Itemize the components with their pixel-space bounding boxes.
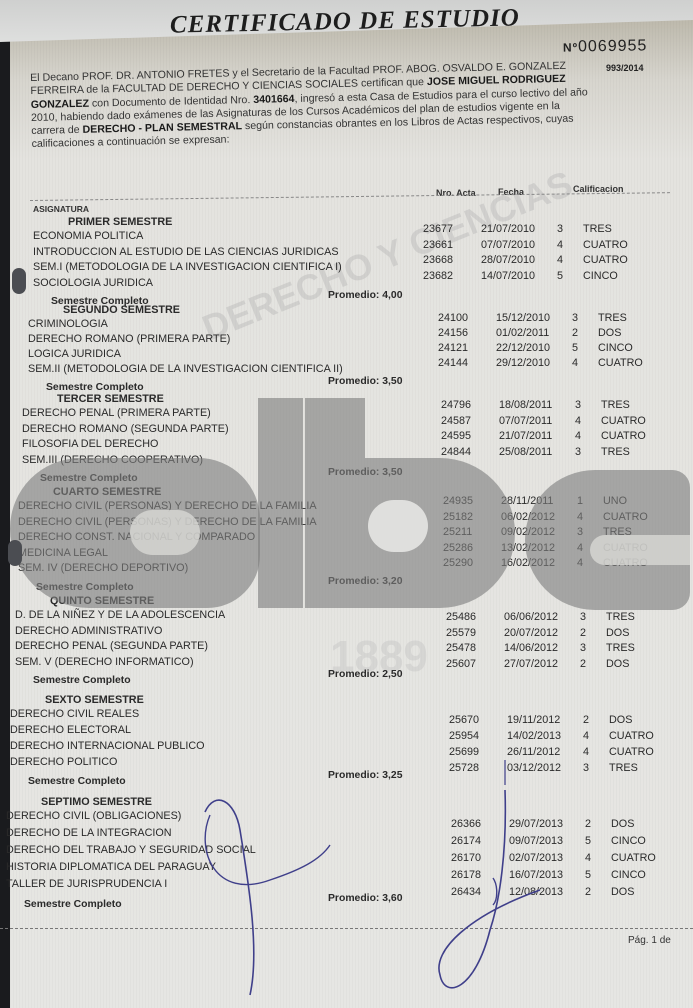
semester-complete-label: Semestre Completo xyxy=(28,776,126,787)
table-row: FILOSOFIA DEL DERECHO2459521/07/20114CUA… xyxy=(0,438,693,452)
exam-date: 18/08/2011 xyxy=(499,399,552,411)
subject-name: SEM.II (METODOLOGIA DE LA INVESTIGACION … xyxy=(28,363,343,375)
exam-date: 07/07/2011 xyxy=(499,415,552,427)
grade-text: TRES xyxy=(598,312,627,324)
grade-number: 5 xyxy=(572,342,578,354)
subject-name: DERECHO ADMINISTRATIVO xyxy=(15,625,162,637)
semester-complete-label: Semestre Completo xyxy=(24,899,122,910)
table-row: DERECHO ROMANO (SEGUNDA PARTE)2458707/07… xyxy=(0,423,693,437)
acta-number: 24144 xyxy=(438,357,468,369)
acta-number: 25290 xyxy=(443,557,473,569)
punch-hole xyxy=(8,540,22,566)
acta-number: 24121 xyxy=(438,342,468,354)
table-row: DERECHO ROMANO (PRIMERA PARTE)2415601/02… xyxy=(0,333,693,347)
table-row: SEM. IV (DERECHO DEPORTIVO)2529016/02/20… xyxy=(0,562,693,576)
exam-date: 25/08/2011 xyxy=(499,446,552,458)
semester-average: Promedio: 3,50 xyxy=(328,467,403,478)
semester-average: Promedio: 3,50 xyxy=(328,376,403,387)
subject-name: TALLER DE JURISPRUDENCIA I xyxy=(6,878,167,890)
grade-text: TRES xyxy=(609,762,638,774)
acta-number: 24844 xyxy=(441,446,471,458)
acta-number: 25286 xyxy=(443,542,473,554)
grade-text: CINCO xyxy=(598,342,633,354)
exam-date: 13/02/2012 xyxy=(501,542,555,554)
semester-title: TERCER SEMESTRE xyxy=(57,393,164,405)
acta-number: 24156 xyxy=(438,327,468,339)
certificate-number: Nº0069955 xyxy=(563,37,648,56)
table-row: LOGICA JURIDICA2412122/12/20105CINCO xyxy=(0,348,693,362)
semester-complete-label: Semestre Completo xyxy=(33,675,131,686)
exam-date: 21/07/2010 xyxy=(481,223,535,235)
grade-text: TRES xyxy=(601,446,630,458)
semester-title: SEPTIMO SEMESTRE xyxy=(41,796,152,808)
grade-number: 3 xyxy=(572,312,578,324)
subject-name: DERECHO DEL TRABAJO Y SEGURIDAD SOCIAL xyxy=(6,844,256,856)
semester-complete-label: Semestre Completo xyxy=(46,382,144,393)
exam-date: 07/07/2010 xyxy=(481,239,535,251)
semester-average: Promedio: 2,50 xyxy=(328,669,403,680)
table-row: TALLER DE JURISPRUDENCIA I2643412/08/201… xyxy=(0,878,693,892)
grade-number: 2 xyxy=(580,658,586,670)
subject-name: CRIMINOLOGIA xyxy=(28,318,108,330)
table-row: SOCIOLOGIA JURIDICA2368214/07/20105CINCO xyxy=(0,277,693,291)
subject-name: MEDICINA LEGAL xyxy=(18,547,108,559)
acta-number: 24587 xyxy=(441,415,471,427)
acta-number: 25486 xyxy=(446,611,476,623)
header-subject: ASIGNATURA xyxy=(33,204,89,214)
grade-text: DOS xyxy=(606,658,629,670)
exam-date: 14/06/2012 xyxy=(504,642,558,654)
grade-number: 3 xyxy=(580,642,586,654)
acta-number: 24935 xyxy=(443,495,473,507)
subject-name: DERECHO CIVIL REALES xyxy=(10,708,139,720)
semester-title: PRIMER SEMESTRE xyxy=(68,216,172,228)
exam-date: 28/07/2010 xyxy=(481,254,535,266)
grade-number: 2 xyxy=(572,327,578,339)
subject-name: DERECHO POLITICO xyxy=(10,756,117,768)
exam-date: 06/06/2012 xyxy=(504,611,558,623)
subject-name: FILOSOFIA DEL DERECHO xyxy=(22,438,158,450)
table-row: SEM.II (METODOLOGIA DE LA INVESTIGACION … xyxy=(0,363,693,377)
subject-name: HISTORIA DIPLOMATICA DEL PARAGUAY xyxy=(6,861,216,873)
subject-name: DERECHO ROMANO (SEGUNDA PARTE) xyxy=(22,423,229,435)
acta-number: 23661 xyxy=(423,239,453,251)
grade-text: TRES xyxy=(583,223,612,235)
subject-name: SEM. V (DERECHO INFORMATICO) xyxy=(15,656,194,668)
grade-number: 1 xyxy=(577,495,583,507)
watermark-b-counter xyxy=(368,500,428,552)
subject-name: SEM. IV (DERECHO DEPORTIVO) xyxy=(18,562,188,574)
header-date: Fecha xyxy=(498,187,524,197)
grade-number: 4 xyxy=(557,239,563,251)
grade-text: TRES xyxy=(606,611,635,623)
exam-date: 21/07/2011 xyxy=(499,430,552,442)
semester-title: SEGUNDO SEMESTRE xyxy=(63,304,180,316)
exam-date: 03/12/2012 xyxy=(507,762,561,774)
table-row: DERECHO DE LA INTEGRACION2617409/07/2013… xyxy=(0,827,693,841)
certificate-number-label: Nº xyxy=(563,40,578,54)
table-row: DERECHO POLITICO2572803/12/20123TRES xyxy=(0,756,693,770)
grade-text: CUATRO xyxy=(601,430,646,442)
table-row: CRIMINOLOGIA2410015/12/20103TRES xyxy=(0,318,693,332)
grade-text: CUATRO xyxy=(601,415,646,427)
exam-date: 12/08/2013 xyxy=(509,886,563,898)
table-row: DERECHO DEL TRABAJO Y SEGURIDAD SOCIAL26… xyxy=(0,844,693,858)
grade-number: 4 xyxy=(557,254,563,266)
acta-number: 25211 xyxy=(443,526,472,538)
grade-number: 4 xyxy=(577,511,583,523)
header-acta: Nro. Acta xyxy=(436,188,476,198)
table-row: DERECHO CIVIL (PERSONAS) Y DERECHO DE LA… xyxy=(0,500,693,514)
acta-number: 26434 xyxy=(451,886,481,898)
table-row: DERECHO CIVIL (OBLIGACIONES)2636629/07/2… xyxy=(0,810,693,824)
exam-date: 15/12/2010 xyxy=(496,312,550,324)
table-row: SEM. V (DERECHO INFORMATICO)2560727/07/2… xyxy=(0,656,693,670)
subject-name: SOCIOLOGIA JURIDICA xyxy=(33,277,153,289)
semester-complete-label: Semestre Completo xyxy=(36,582,134,593)
grade-number: 3 xyxy=(575,446,581,458)
grade-text: CUATRO xyxy=(603,511,648,523)
watermark-c-gap xyxy=(590,535,690,565)
exam-date: 27/07/2012 xyxy=(504,658,558,670)
table-row: DERECHO ELECTORAL2595414/02/20134CUATRO xyxy=(0,724,693,738)
subject-name: DERECHO DE LA INTEGRACION xyxy=(6,827,172,839)
subject-name: DERECHO PENAL (PRIMERA PARTE) xyxy=(22,407,211,419)
semester-complete-label: Semestre Completo xyxy=(40,473,138,484)
exam-date: 14/07/2010 xyxy=(481,270,535,282)
grade-text: DOS xyxy=(606,627,629,639)
grade-number: 3 xyxy=(575,399,581,411)
exam-date: 06/02/2012 xyxy=(501,511,555,523)
grade-number: 2 xyxy=(585,886,591,898)
exam-date: 28/11/2011 xyxy=(501,495,553,507)
subject-name: SEM.I (METODOLOGIA DE LA INVESTIGACION C… xyxy=(33,261,342,273)
punch-hole xyxy=(12,268,26,294)
grade-text: TRES xyxy=(606,642,635,654)
grade-number: 3 xyxy=(557,223,563,235)
intro-paragraph: El Decano PROF. DR. ANTONIO FRETES y el … xyxy=(30,58,662,152)
grade-number: 4 xyxy=(577,542,583,554)
exam-date: 01/02/2011 xyxy=(496,327,549,339)
table-row: DERECHO CIVIL (PERSONAS) Y DERECHO DE LA… xyxy=(0,516,693,530)
table-row: DERECHO CONST. NACIONAL Y COMPARADO25211… xyxy=(0,531,693,545)
acta-number: 25478 xyxy=(446,642,476,654)
subject-name: DERECHO ELECTORAL xyxy=(10,724,131,736)
grade-number: 4 xyxy=(575,415,581,427)
acta-number: 25579 xyxy=(446,627,476,639)
subject-name: D. DE LA NIÑEZ Y DE LA ADOLESCENCIA xyxy=(15,609,225,621)
subject-name: DERECHO ROMANO (PRIMERA PARTE) xyxy=(28,333,230,345)
acta-number: 25182 xyxy=(443,511,473,523)
table-row: HISTORIA DIPLOMATICA DEL PARAGUAY2617816… xyxy=(0,861,693,875)
semester-title: CUARTO SEMESTRE xyxy=(53,486,161,498)
grade-number: 4 xyxy=(575,430,581,442)
acta-number: 24100 xyxy=(438,312,468,324)
acta-number: 25607 xyxy=(446,658,476,670)
acta-number: 23682 xyxy=(423,270,453,282)
grade-text: UNO xyxy=(603,495,627,507)
exam-date: 22/12/2010 xyxy=(496,342,550,354)
grade-text: CUATRO xyxy=(583,239,628,251)
certificate-number-value: 0069955 xyxy=(578,37,648,55)
table-row: DERECHO ADMINISTRATIVO2557920/07/20122DO… xyxy=(0,625,693,639)
subject-name: SEM.III (DERECHO COOPERATIVO) xyxy=(22,454,203,466)
acta-number: 24595 xyxy=(441,430,471,442)
acta-number: 23677 xyxy=(423,223,453,235)
subject-name: INTRODUCCION AL ESTUDIO DE LAS CIENCIAS … xyxy=(33,246,339,258)
table-row: SEM.III (DERECHO COOPERATIVO)2484425/08/… xyxy=(0,454,693,468)
table-row: DERECHO PENAL (PRIMERA PARTE)2479618/08/… xyxy=(0,407,693,421)
subject-name: DERECHO INTERNACIONAL PUBLICO xyxy=(10,740,205,752)
exam-date: 16/02/2012 xyxy=(501,557,555,569)
grade-text: CUATRO xyxy=(598,357,643,369)
acta-number: 23668 xyxy=(423,254,453,266)
exam-date: 09/02/2012 xyxy=(501,526,555,538)
table-row: DERECHO CIVIL REALES2567019/11/20122DOS xyxy=(0,708,693,722)
grade-number: 4 xyxy=(572,357,578,369)
semester-average: Promedio: 3,25 xyxy=(328,770,403,781)
grade-text: DOS xyxy=(611,886,634,898)
table-row: D. DE LA NIÑEZ Y DE LA ADOLESCENCIA25486… xyxy=(0,609,693,623)
semester-average: Promedio: 3,20 xyxy=(328,576,403,587)
semester-average: Promedio: 3,60 xyxy=(328,893,403,904)
table-row: DERECHO PENAL (SEGUNDA PARTE)2547814/06/… xyxy=(0,640,693,654)
semester-title: QUINTO SEMESTRE xyxy=(50,595,154,607)
grade-number: 4 xyxy=(577,557,583,569)
grade-text: TRES xyxy=(601,399,630,411)
footer-rule xyxy=(0,928,693,929)
grade-text: CINCO xyxy=(583,270,618,282)
grade-number: 5 xyxy=(557,270,563,282)
subject-name: LOGICA JURIDICA xyxy=(28,348,121,360)
grade-text: CUATRO xyxy=(583,254,628,266)
grade-number: 2 xyxy=(580,627,586,639)
subject-name: ECONOMIA POLITICA xyxy=(33,230,143,242)
exam-date: 20/07/2012 xyxy=(504,627,558,639)
subject-name: DERECHO CIVIL (OBLIGACIONES) xyxy=(6,810,181,822)
semester-average: Promedio: 4,00 xyxy=(328,290,403,301)
exam-date: 29/12/2010 xyxy=(496,357,550,369)
subject-name: DERECHO PENAL (SEGUNDA PARTE) xyxy=(15,640,208,652)
grade-text: DOS xyxy=(598,327,621,339)
table-row: DERECHO INTERNACIONAL PUBLICO2569926/11/… xyxy=(0,740,693,754)
watermark-a-counter xyxy=(130,510,200,555)
acta-number: 24796 xyxy=(441,399,471,411)
semester-title: SEXTO SEMESTRE xyxy=(45,694,144,706)
grade-number: 3 xyxy=(580,611,586,623)
grade-number: 3 xyxy=(577,526,583,538)
acta-number: 25728 xyxy=(449,762,479,774)
grade-number: 3 xyxy=(583,762,589,774)
page-indicator: Pág. 1 de xyxy=(628,935,671,946)
